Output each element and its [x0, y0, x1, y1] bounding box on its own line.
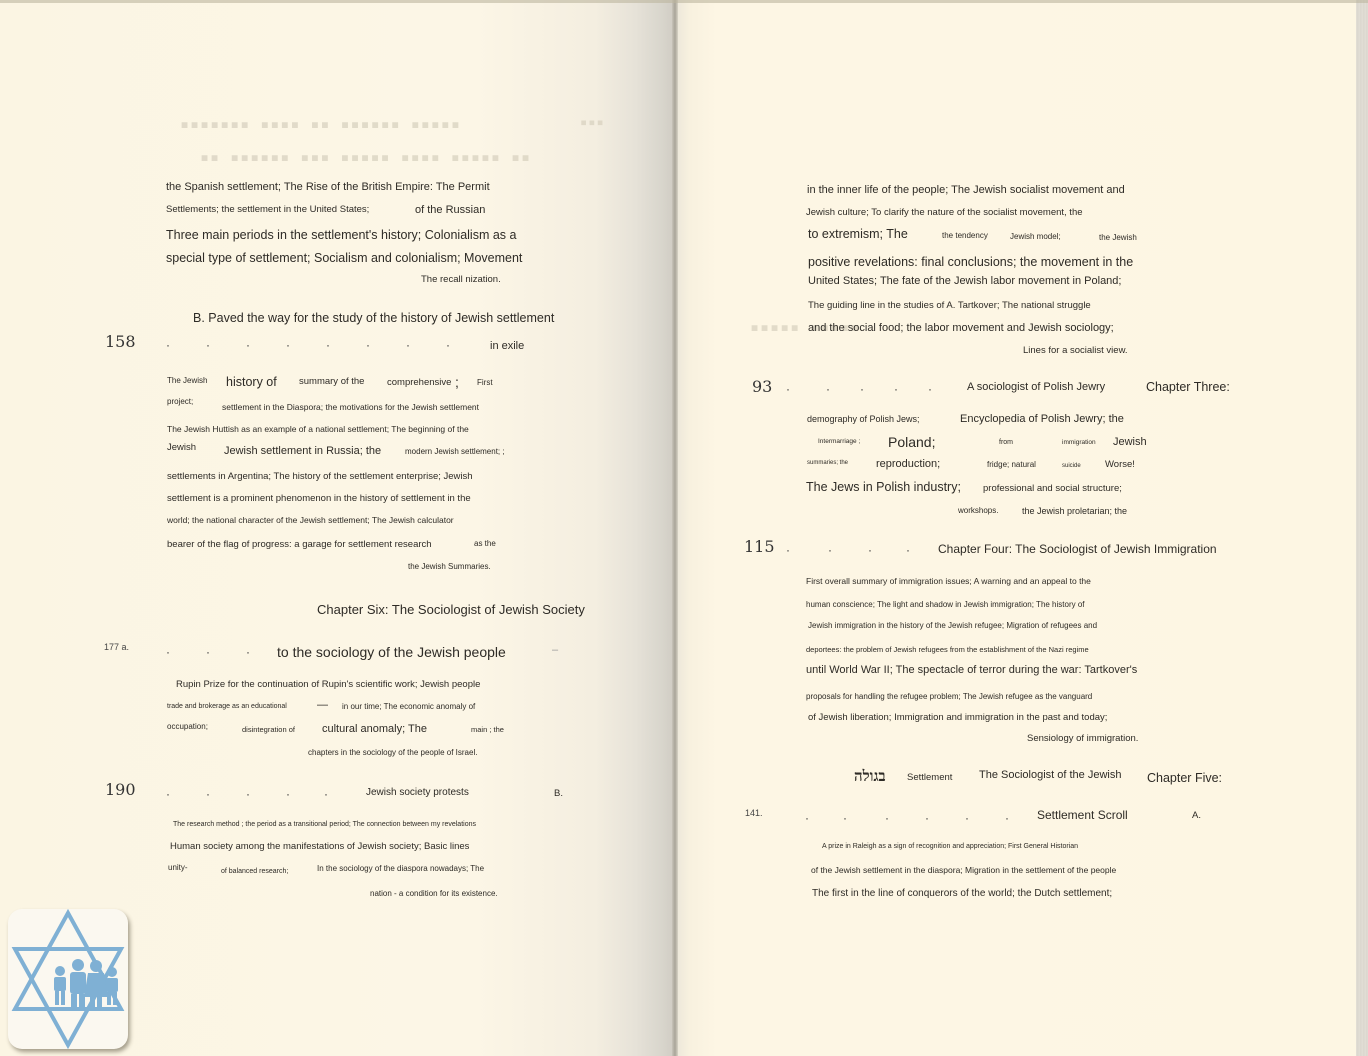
- text-fragment: reproduction;: [876, 459, 940, 470]
- text-fragment: professional and social structure;: [983, 484, 1122, 494]
- text-line: until World War II; The spectacle of ter…: [806, 665, 1137, 676]
- text-fragment: Settlement: [907, 773, 952, 783]
- text-line: The first in the line of conquerors of t…: [812, 889, 1112, 899]
- section-label: A.: [1192, 811, 1201, 821]
- text-fragment: occupation;: [167, 723, 208, 731]
- text-fragment: main ; the: [471, 726, 504, 734]
- text-fragment: Intermarriage ;: [818, 439, 860, 446]
- text-fragment: The Jews in Polish industry;: [806, 481, 961, 494]
- page-number: 93: [752, 379, 772, 395]
- chapter-title: Chapter Six: The Sociologist of Jewish S…: [317, 603, 585, 616]
- dot-leader: ·····: [786, 382, 932, 396]
- dot-leader: ···: [166, 645, 250, 659]
- text-line: Three main periods in the settlement's h…: [166, 229, 516, 242]
- text-line: and the social food; the labor movement …: [808, 323, 1114, 334]
- dash: –: [552, 645, 558, 656]
- text-line: human conscience; The light and shadow i…: [806, 601, 1085, 609]
- text-fragment: fridge; natural: [987, 461, 1036, 469]
- dot-leader: ·····: [166, 787, 328, 801]
- text-fragment: Jewish settlement in Russia; the: [224, 446, 381, 457]
- page-number: 190: [105, 782, 136, 798]
- text-fragment: the Jewish proletarian; the: [1022, 507, 1127, 516]
- text-fragment: In the sociology of the diaspora nowaday…: [317, 865, 484, 873]
- text-fragment: history of: [226, 376, 277, 389]
- text-line: world; the national character of the Jew…: [167, 516, 454, 525]
- text-fragment: Worse!: [1105, 460, 1135, 470]
- text-fragment: as the: [474, 540, 496, 548]
- section-title: Settlement Scroll: [1037, 809, 1128, 821]
- text-line: proposals for handling the refugee probl…: [806, 693, 1092, 701]
- text-line: the Jewish Summaries.: [408, 563, 491, 571]
- text-fragment: of balanced research;: [221, 868, 288, 875]
- text-line: Rupin Prize for the continuation of Rupi…: [176, 680, 480, 690]
- book-spread: ▪▪▪▪▪▪▪ ▪▪▪▪ ▪▪ ▪▪▪▪▪▪ ▪▪▪▪▪ ▪▪ ▪▪▪▪▪▪ ▪…: [0, 0, 1368, 1056]
- text-fragment: ;: [455, 375, 459, 389]
- dot-leader: ········: [166, 338, 450, 352]
- chapter-subtitle: The Sociologist of the Jewish: [979, 770, 1121, 781]
- text-fragment: Encyclopedia of Polish Jewry; the: [960, 414, 1124, 425]
- text-fragment: disintegration of: [242, 726, 295, 734]
- dot-leader: ······: [805, 811, 1009, 825]
- hebrew-word: בגולה: [854, 769, 886, 784]
- text-fragment: to extremism; The: [808, 228, 908, 241]
- text-line: settlements in Argentina; The history of…: [167, 472, 473, 482]
- chapter-title: Chapter Four: The Sociologist of Jewish …: [938, 543, 1217, 555]
- text-fragment: summaries; the: [807, 460, 848, 466]
- text-line: chapters in the sociology of the people …: [308, 749, 477, 757]
- text-line: The recall nization.: [421, 275, 501, 285]
- text-line: Lines for a socialist view.: [1023, 346, 1128, 356]
- text-line: settlement is a prominent phenomenon in …: [167, 494, 471, 504]
- section-heading: B. Paved the way for the study of the hi…: [193, 312, 554, 325]
- section-label: B.: [554, 789, 563, 799]
- text-fragment: comprehensive: [387, 378, 451, 388]
- text-line: deportees: the problem of Jewish refugee…: [806, 646, 1089, 654]
- text-line: Jewish immigration in the history of the…: [808, 622, 1097, 630]
- text-fragment: First: [477, 379, 493, 387]
- text-fragment: from: [999, 439, 1013, 446]
- text-fragment: —: [317, 700, 328, 711]
- chapter-subtitle: A sociologist of Polish Jewry: [967, 382, 1105, 393]
- text-fragment: cultural anomaly; The: [322, 724, 427, 735]
- text-fragment: in our time; The economic anomaly of: [342, 703, 475, 711]
- bleed-through-text: ▪▪▪: [580, 115, 605, 129]
- text-line: of Jewish liberation; Immigration and im…: [808, 713, 1107, 723]
- text-line: in exile: [490, 341, 524, 352]
- text-fragment: Jewish: [1113, 437, 1147, 448]
- text-fragment: Poland;: [888, 435, 935, 449]
- bleed-through-text: ▪▪▪▪▪▪▪ ▪▪▪▪ ▪▪ ▪▪▪▪▪▪ ▪▪▪▪▪: [180, 115, 461, 133]
- top-edge: [0, 0, 1368, 3]
- text-line: The research method ; the period as a tr…: [173, 821, 476, 828]
- page-number: 158: [105, 334, 136, 350]
- section-title: Jewish society protests: [366, 788, 469, 798]
- section-title: to the sociology of the Jewish people: [277, 645, 506, 659]
- text-line: of the Russian: [415, 205, 485, 216]
- text-fragment: The Jewish: [167, 377, 207, 385]
- text-fragment: suicide: [1062, 463, 1081, 469]
- text-line: Sensiology of immigration.: [1027, 734, 1138, 744]
- page-edges: [1356, 0, 1368, 1056]
- text-fragment: demography of Polish Jews;: [807, 415, 920, 424]
- text-line: The Jewish Huttish as an example of a na…: [167, 425, 469, 434]
- text-fragment: bearer of the flag of progress: a garage…: [167, 540, 432, 550]
- chapter-title: Chapter Five:: [1147, 772, 1222, 785]
- text-fragment: workshops.: [958, 507, 998, 515]
- text-line: The guiding line in the studies of A. Ta…: [808, 301, 1091, 311]
- star-of-david-family-icon: [8, 909, 128, 1049]
- text-fragment: summary of the: [299, 377, 364, 387]
- text-fragment: settlement in the Diaspora; the motivati…: [222, 403, 479, 412]
- text-fragment: Jewish model;: [1010, 233, 1061, 241]
- text-fragment: modern Jewish settlement; ;: [405, 448, 505, 456]
- text-line: Settlements; the settlement in the Unite…: [166, 205, 369, 215]
- text-line: the Spanish settlement; The Rise of the …: [166, 182, 490, 193]
- text-line: in the inner life of the people; The Jew…: [807, 185, 1125, 196]
- text-line: special type of settlement; Socialism an…: [166, 252, 522, 265]
- text-line: Human society among the manifestations o…: [170, 842, 469, 852]
- text-line: nation - a condition for its existence.: [370, 890, 498, 898]
- text-fragment: the tendency: [942, 232, 988, 240]
- watermark-logo: [8, 909, 128, 1049]
- text-fragment: project;: [167, 398, 193, 406]
- text-line: A prize in Raleigh as a sign of recognit…: [822, 843, 1078, 850]
- text-fragment: the Jewish: [1099, 234, 1137, 242]
- chapter-title: Chapter Three:: [1146, 381, 1230, 394]
- text-line: First overall summary of immigration iss…: [806, 577, 1091, 586]
- text-fragment: Jewish: [167, 443, 196, 453]
- text-line: positive revelations: final conclusions;…: [808, 256, 1133, 269]
- text-fragment: unity-: [168, 864, 188, 872]
- page-number: 141.: [745, 809, 763, 818]
- page-number: 177 a.: [104, 643, 129, 652]
- text-line: of the Jewish settlement in the diaspora…: [811, 866, 1116, 875]
- text-line: United States; The fate of the Jewish la…: [808, 276, 1121, 287]
- page-number: 115: [744, 539, 775, 555]
- dot-leader: ····: [786, 543, 910, 557]
- text-fragment: trade and brokerage as an educational: [167, 703, 287, 710]
- text-line: Jewish culture; To clarify the nature of…: [806, 208, 1083, 218]
- text-fragment: immigration: [1062, 440, 1096, 447]
- book-gutter: [672, 0, 678, 1056]
- bleed-through-text: ▪▪ ▪▪▪▪▪▪ ▪▪▪ ▪▪▪▪▪ ▪▪▪▪ ▪▪▪▪▪ ▪▪: [200, 148, 531, 166]
